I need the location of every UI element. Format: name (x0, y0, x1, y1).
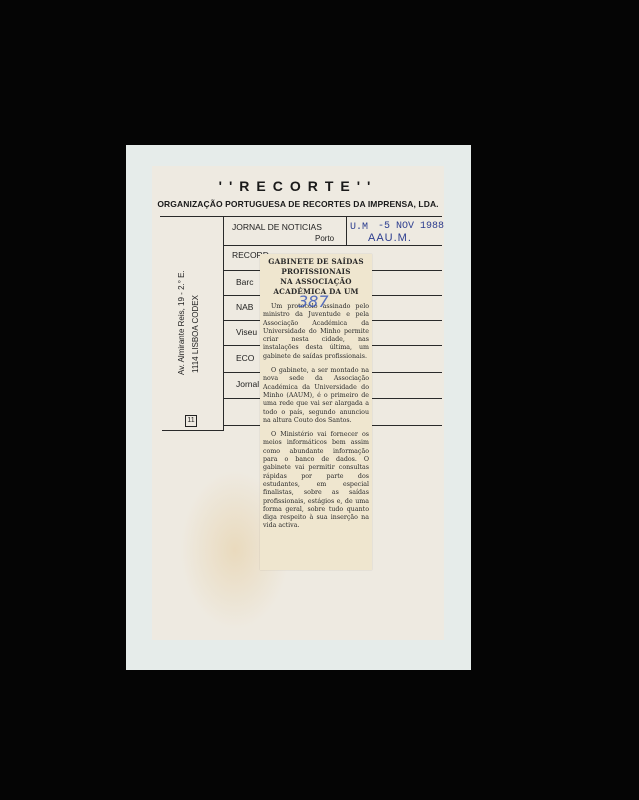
publication-name: Jornal (236, 379, 260, 389)
stamp-date: -5 NOV 1988 (378, 221, 444, 232)
publication-name: ECO (236, 353, 260, 363)
address-street: Av. Almirante Reis, 19 - 2.° E. (175, 270, 189, 375)
paragraph: Um protocolo assinado pelo ministro da J… (263, 303, 369, 361)
address-city: 1114 LISBOA CODEX (189, 270, 203, 375)
brand-title: ''RECORTE'' (152, 178, 444, 194)
sidebar-bottom-rule (162, 430, 224, 431)
publication-name: NAB (236, 302, 260, 312)
handwritten-number: 387 (298, 292, 329, 311)
handwritten-tag: AAU.M. (368, 232, 412, 244)
address-block: Av. Almirante Reis, 19 - 2.° E. 1114 LIS… (175, 270, 203, 375)
publication-name: JORNAL DE NOTICIAS (232, 222, 322, 232)
organization-name: ORGANIZAÇÃO PORTUGUESA DE RECORTES DA IM… (152, 199, 444, 209)
paragraph: O Ministério vai fornecer os meios infor… (263, 431, 369, 531)
row-rule (224, 245, 442, 246)
stamp-divider (346, 216, 347, 246)
newspaper-clipping: GABINETE DE SAÍDAS PROFISSIONAIS NA ASSO… (260, 254, 372, 570)
box-number: 11 (185, 415, 197, 427)
clipping-body: Um protocolo assinado pelo ministro da J… (260, 303, 372, 531)
stamp-code: U.M (350, 222, 368, 233)
paragraph: O gabinete, a ser montado na nova sede d… (263, 367, 369, 425)
publication-name: Viseu (236, 327, 260, 337)
publication-name: Barc (236, 277, 260, 287)
publication-city: Porto (315, 234, 334, 243)
clipping-headline: GABINETE DE SAÍDAS PROFISSIONAIS NA ASSO… (260, 254, 372, 297)
header-rule (160, 216, 442, 217)
